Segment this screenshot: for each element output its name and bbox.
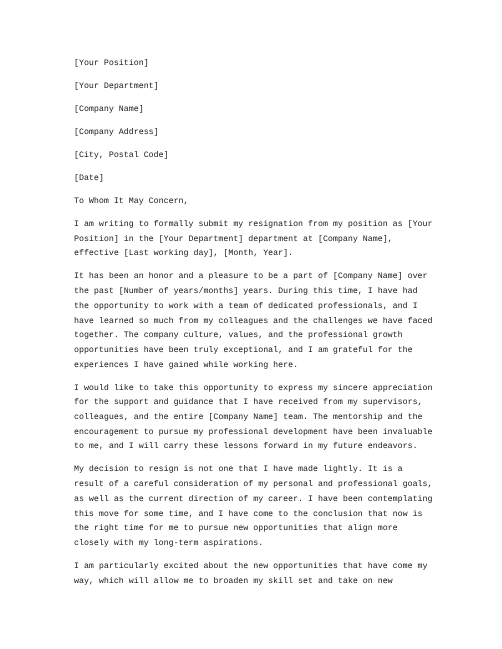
recipient-line-position: [Your Position] xyxy=(74,57,436,72)
recipient-line-city: [City, Postal Code] xyxy=(74,149,436,164)
letter-salutation: To Whom It May Concern, xyxy=(74,195,436,210)
recipient-line-department: [Your Department] xyxy=(74,80,436,95)
recipient-line-address: [Company Address] xyxy=(74,126,436,141)
recipient-line-company: [Company Name] xyxy=(74,103,436,118)
letter-paragraph: It has been an honor and a pleasure to b… xyxy=(74,270,436,373)
recipient-line-date: [Date] xyxy=(74,172,436,187)
letter-paragraph: I am particularly excited about the new … xyxy=(74,560,436,589)
letter-paragraph: My decision to resign is not one that I … xyxy=(74,463,436,551)
letter-paragraph: I am writing to formally submit my resig… xyxy=(74,218,436,262)
letter-paragraph: I would like to take this opportunity to… xyxy=(74,382,436,456)
letter-document: [Your Position] [Your Department] [Compa… xyxy=(0,0,502,649)
